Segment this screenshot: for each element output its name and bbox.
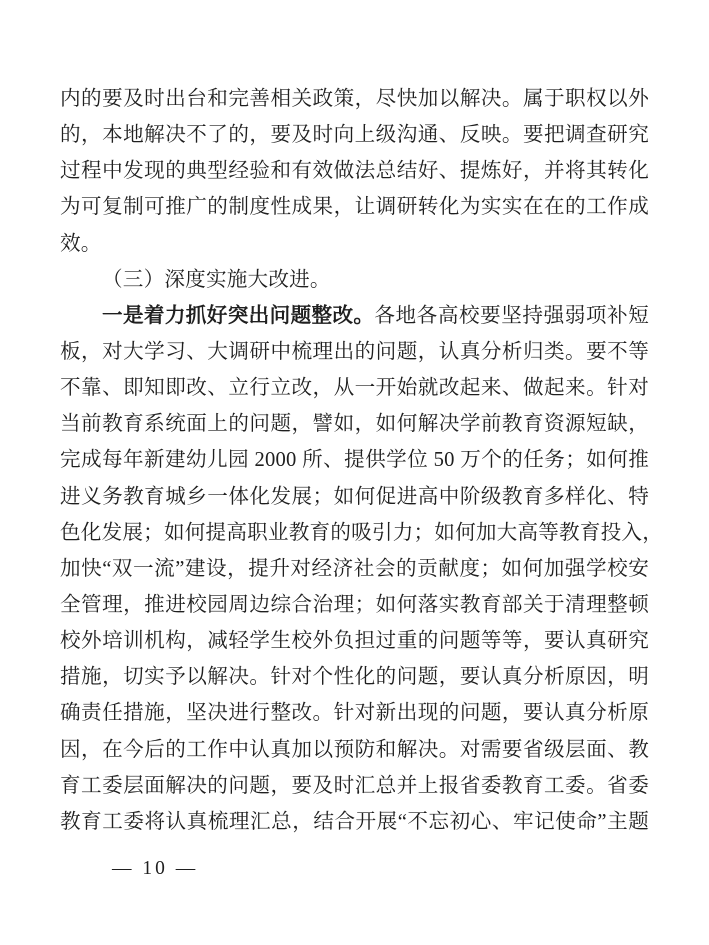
text-line: 全管理，推进校园周边综合治理；如何落实教育部关于清理整顿 — [60, 587, 649, 623]
text-line: 校外培训机构，减轻学生校外负担过重的问题等等，要认真研究 — [60, 623, 649, 659]
text-line: 板，对大学习、大调研中梳理出的问题，认真分析归类。要不等 — [60, 334, 649, 370]
text-line: 进义务教育城乡一体化发展；如何促进高中阶级教育多样化、特 — [60, 479, 649, 515]
body-text: 校外培训机构，减轻学生校外负担过重的问题等等，要认真研究 — [60, 630, 649, 652]
body-text: 效。 — [60, 233, 102, 255]
text-line: 一是着力抓好突出问题整改。各地各高校要坚持强弱项补短 — [60, 298, 649, 334]
bold-lead-text: 一是着力抓好突出问题整改。 — [102, 304, 374, 327]
text-line: 因，在今后的工作中认真加以预防和解决。对需要省级层面、教 — [60, 732, 649, 768]
text-line: 的，本地解决不了的，要及时向上级沟通、反映。要把调查研究 — [60, 117, 649, 153]
text-line: 不靠、即知即改、立行立改，从一开始就改起来、做起来。针对 — [60, 370, 649, 406]
text-line: 确责任措施，坚决进行整改。针对新出现的问题，要认真分析原 — [60, 695, 649, 731]
body-text: 完成每年新建幼儿园 2000 所、提供学位 50 万个的任务；如何推 — [60, 449, 649, 471]
body-text: 因，在今后的工作中认真加以预防和解决。对需要省级层面、教 — [60, 739, 649, 761]
body-text: 教育工委将认真梳理汇总，结合开展“不忘初心、牢记使命”主题 — [60, 811, 649, 833]
text-line: 育工委层面解决的问题，要及时汇总并上报省委教育工委。省委 — [60, 768, 649, 804]
text-line: 色化发展；如何提高职业教育的吸引力；如何加大高等教育投入， — [60, 515, 649, 551]
body-text: 过程中发现的典型经验和有效做法总结好、提炼好，并将其转化 — [60, 160, 649, 182]
text-line: 为可复制可推广的制度性成果，让调研转化为实实在在的工作成 — [60, 189, 649, 225]
page-number: — 10 — — [112, 855, 198, 883]
text-line: 当前教育系统面上的问题，譬如，如何解决学前教育资源短缺， — [60, 406, 649, 442]
body-text: 进义务教育城乡一体化发展；如何促进高中阶级教育多样化、特 — [60, 486, 649, 508]
document-page: 内的要及时出台和完善相关政策，尽快加以解决。属于职权以外的，本地解决不了的，要及… — [0, 0, 709, 945]
body-text: 为可复制可推广的制度性成果，让调研转化为实实在在的工作成 — [60, 196, 649, 218]
body-text: 育工委层面解决的问题，要及时汇总并上报省委教育工委。省委 — [60, 775, 649, 797]
body-text: 全管理，推进校园周边综合治理；如何落实教育部关于清理整顿 — [60, 594, 649, 616]
text-line: 加快“双一流”建设，提升对经济社会的贡献度；如何加强学校安 — [60, 551, 649, 587]
text-line: 过程中发现的典型经验和有效做法总结好、提炼好，并将其转化 — [60, 153, 649, 189]
body-text: 当前教育系统面上的问题，譬如，如何解决学前教育资源短缺， — [60, 413, 649, 435]
text-line: 教育工委将认真梳理汇总，结合开展“不忘初心、牢记使命”主题 — [60, 804, 649, 840]
body-text: 的，本地解决不了的，要及时向上级沟通、反映。要把调查研究 — [60, 124, 649, 146]
text-line: 完成每年新建幼儿园 2000 所、提供学位 50 万个的任务；如何推 — [60, 442, 649, 478]
text-line: 效。 — [60, 226, 649, 262]
text-line: 内的要及时出台和完善相关政策，尽快加以解决。属于职权以外 — [60, 81, 649, 117]
body-text: 色化发展；如何提高职业教育的吸引力；如何加大高等教育投入， — [60, 522, 663, 544]
body-text: 不靠、即知即改、立行立改，从一开始就改起来、做起来。针对 — [60, 377, 649, 399]
body-text: 内的要及时出台和完善相关政策，尽快加以解决。属于职权以外 — [60, 88, 649, 110]
body-text: 各地各高校要坚持强弱项补短 — [374, 305, 649, 327]
text-line: 措施，切实予以解决。针对个性化的问题，要认真分析原因，明 — [60, 659, 649, 695]
body-text: （三）深度实施大改进。 — [102, 269, 331, 291]
body-text: 加快“双一流”建设，提升对经济社会的贡献度；如何加强学校安 — [60, 558, 649, 580]
body-text: 板，对大学习、大调研中梳理出的问题，认真分析归类。要不等 — [60, 341, 649, 363]
document-body: 内的要及时出台和完善相关政策，尽快加以解决。属于职权以外的，本地解决不了的，要及… — [60, 81, 649, 840]
body-text: 确责任措施，坚决进行整改。针对新出现的问题，要认真分析原 — [60, 702, 649, 724]
text-line: （三）深度实施大改进。 — [60, 262, 649, 298]
body-text: 措施，切实予以解决。针对个性化的问题，要认真分析原因，明 — [60, 666, 649, 688]
